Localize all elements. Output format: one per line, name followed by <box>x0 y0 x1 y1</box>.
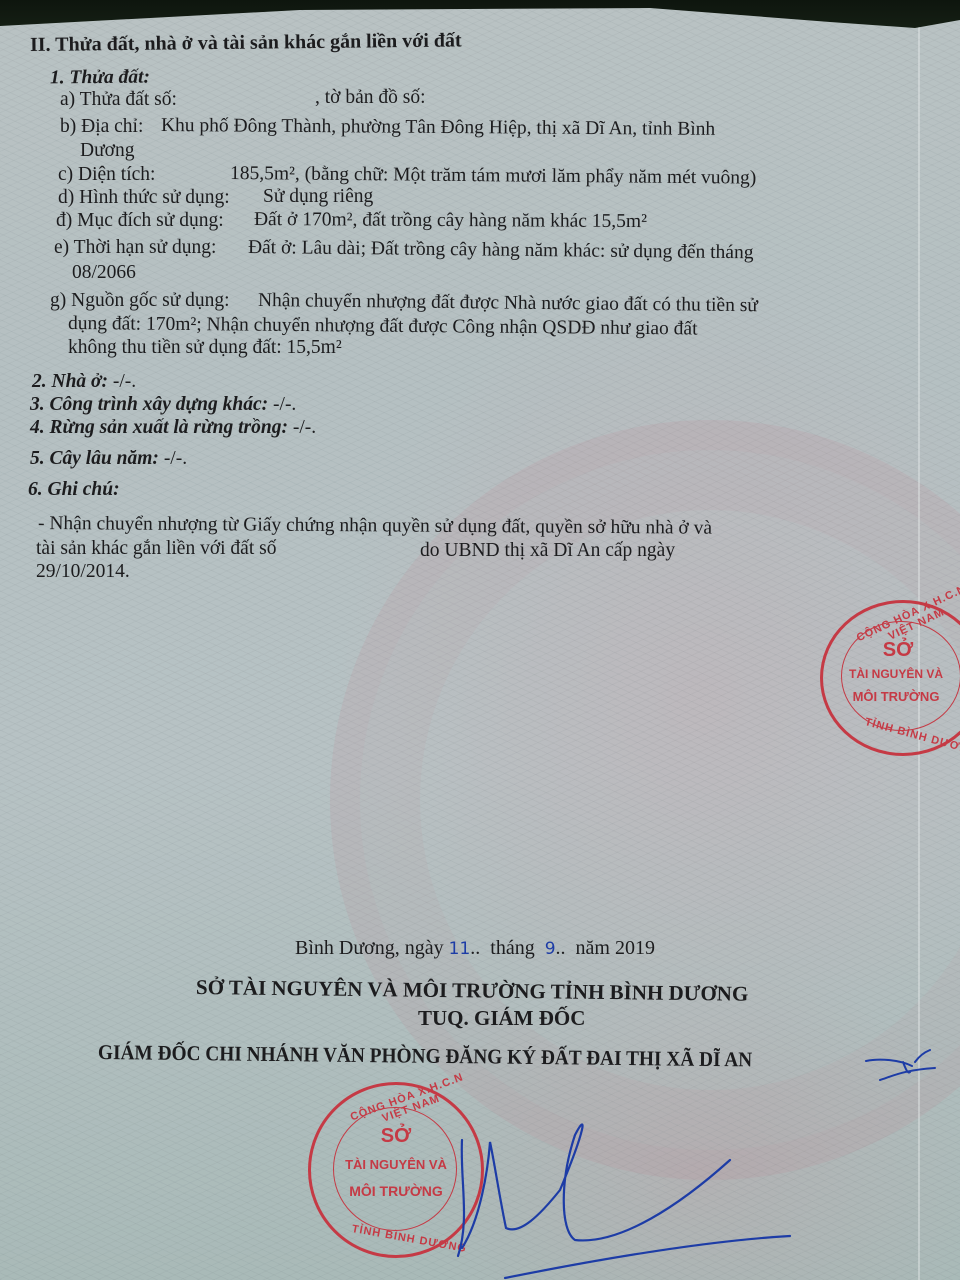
signature <box>0 0 960 1280</box>
